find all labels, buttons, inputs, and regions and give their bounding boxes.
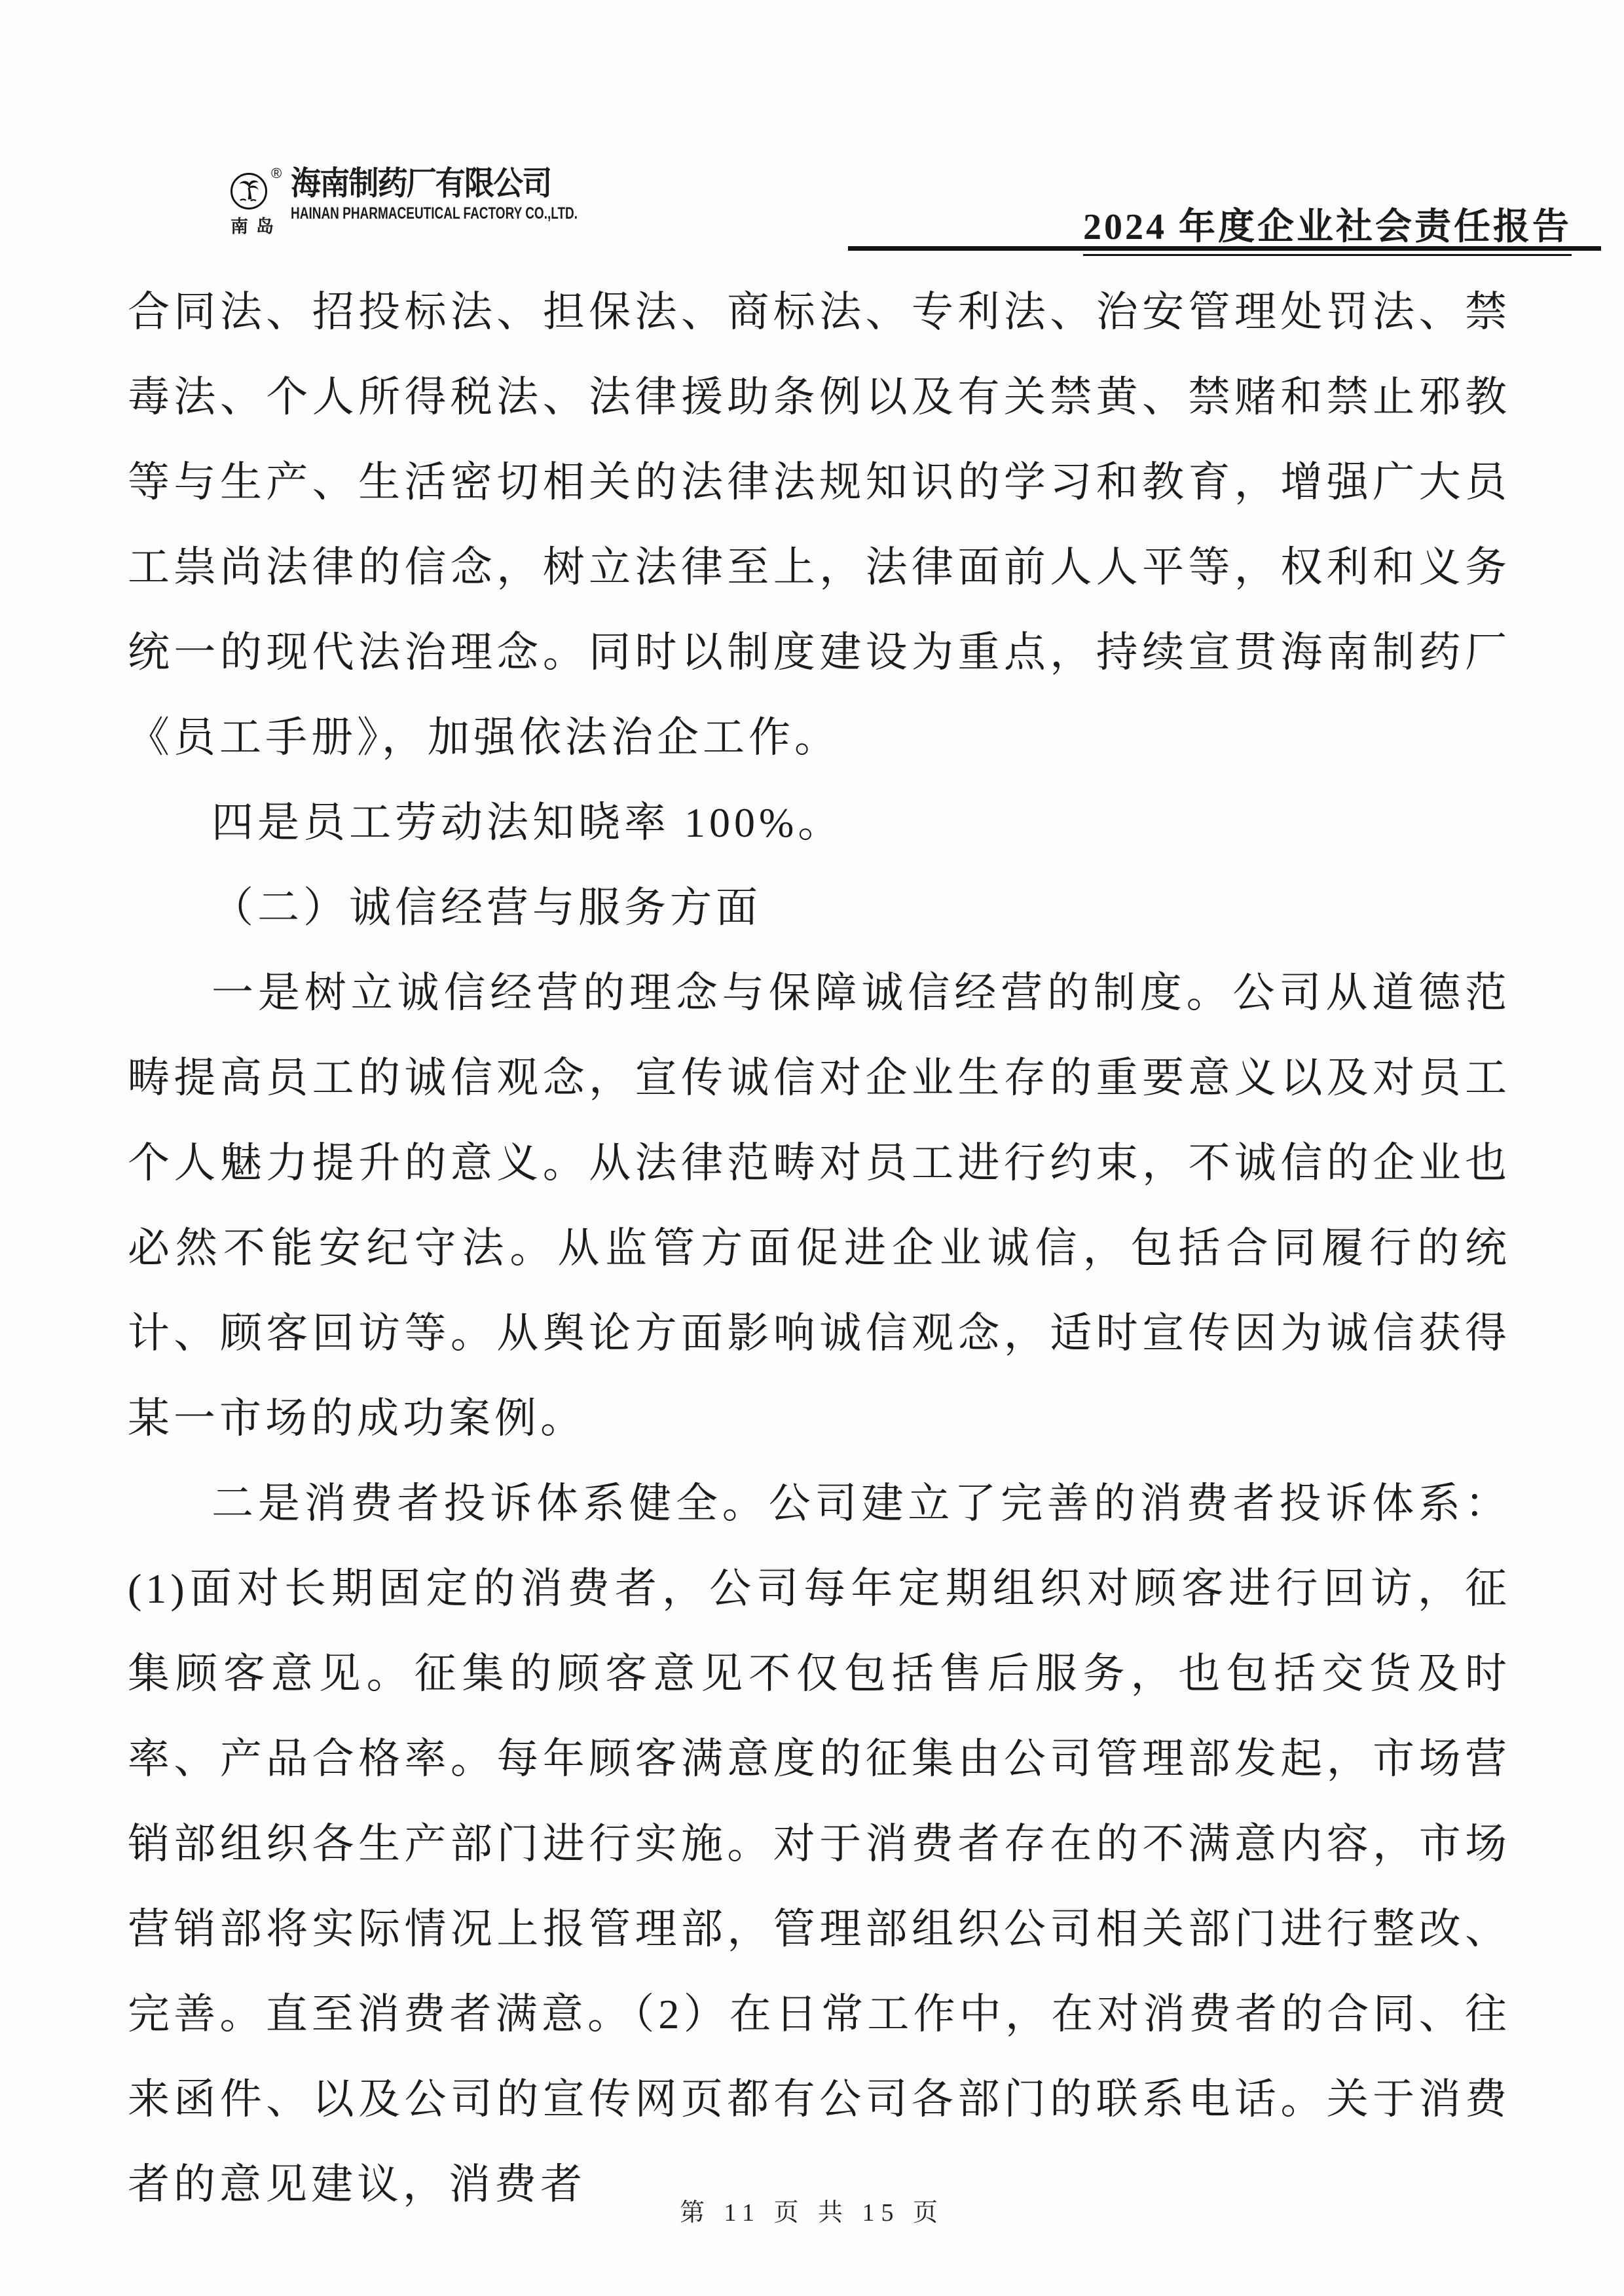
palm-tree-icon <box>231 173 267 210</box>
brand-mark: 南岛 <box>231 212 282 238</box>
paragraph-consumer-complaint-system: 二是消费者投诉体系健全。公司建立了完善的消费者投诉体系：(1)面对长期固定的消费… <box>128 1461 1511 2227</box>
registered-trademark-icon: ® <box>271 165 282 182</box>
page-number: 第 11 页 共 15 页 <box>0 2192 1624 2228</box>
logo-emblem: ® 南岛 <box>231 165 282 238</box>
document-body: 合同法、招投标法、担保法、商标法、专利法、治安管理处罚法、禁毒法、个人所得税法、… <box>128 270 1511 2227</box>
paragraph-law-education: 合同法、招投标法、担保法、商标法、专利法、治安管理处罚法、禁毒法、个人所得税法、… <box>128 270 1511 780</box>
document-page: ® 南岛 海南制药厂有限公司 HAINAN PHARMACEUTICAL FAC… <box>0 0 1624 2296</box>
paragraph-labor-law-awareness: 四是员工劳动法知晓率 100%。 <box>128 780 1511 866</box>
company-names: 海南制药厂有限公司 HAINAN PHARMACEUTICAL FACTORY … <box>291 165 668 223</box>
paragraph-integrity-concept: 一是树立诚信经营的理念与保障诚信经营的制度。公司从道德范畴提高员工的诚信观念，宣… <box>128 951 1511 1461</box>
company-logo: ® 南岛 海南制药厂有限公司 HAINAN PHARMACEUTICAL FAC… <box>231 165 668 238</box>
company-name-cn: 海南制药厂有限公司 <box>291 165 638 203</box>
section-heading-integrity-service: （二）诚信经营与服务方面 <box>128 866 1511 951</box>
header-rule <box>848 246 1601 251</box>
company-name-en: HAINAN PHARMACEUTICAL FACTORY CO.,LTD. <box>291 204 578 223</box>
